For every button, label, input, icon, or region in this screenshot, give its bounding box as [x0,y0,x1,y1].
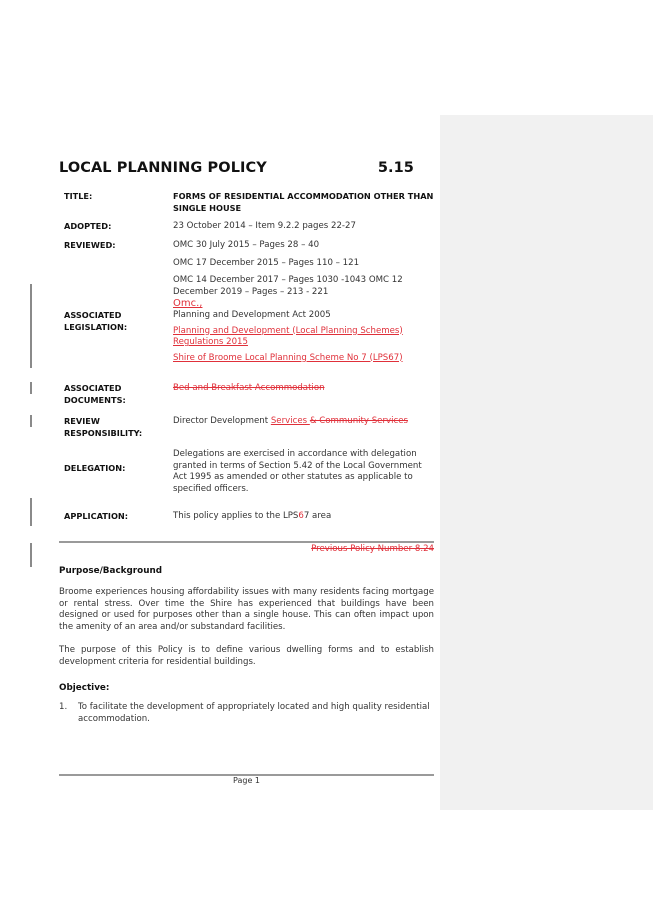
policy-heading: LOCAL PLANNING POLICY [59,160,267,176]
field-label: REVIEW RESPONSIBILITY: [64,416,164,439]
value-text: area [309,511,331,521]
field-label: ASSOCIATED LEGISLATION: [64,310,164,333]
page-number: Page 1 [59,776,434,785]
inserted-text: Shire of Broome Local Planning Scheme No… [173,353,435,365]
purpose-paragraph: Broome experiences housing affordability… [59,587,434,633]
change-bar [30,498,32,526]
value-text: This policy applies to the LPS [173,511,298,521]
change-bar [30,415,32,427]
review-line: OMC 30 July 2015 – Pages 28 – 40 [173,240,435,252]
deleted-text: Bed and Breakfast Accommodation [173,383,435,395]
field-value: FORMS OF RESIDENTIAL ACCOMMODATION OTHER… [173,191,435,214]
inserted-text: Omc., [173,298,435,310]
page-title: LOCAL PLANNING POLICY 5.15 [59,160,414,176]
field-label: TITLE: [64,191,164,203]
field-value: OMC 30 July 2015 – Pages 28 – 40 OMC 17 … [173,240,435,310]
purpose-paragraph: The purpose of this Policy is to define … [59,645,434,668]
field-label: APPLICATION: [64,511,164,523]
review-line: OMC 17 December 2015 – Pages 110 – 121 [173,258,435,270]
change-bar [30,382,32,394]
inserted-text: Planning and Development (Local Planning… [173,326,435,349]
field-label: ASSOCIATED DOCUMENTS: [64,383,164,406]
inserted-text: Services [271,416,310,426]
change-bar [30,543,32,567]
list-text: To facilitate the development of appropr… [78,702,434,725]
deleted-text: & Community Services [310,416,408,426]
list-number: 1. [59,702,67,714]
field-label: DELEGATION: [64,463,164,475]
change-bar [30,284,32,368]
policy-number: 5.15 [378,160,414,176]
field-value: Delegations are exercised in accordance … [173,449,435,495]
objective-heading: Objective: [59,683,109,693]
field-value: 23 October 2014 – Item 9.2.2 pages 22-27 [173,221,435,233]
comment-pane [440,115,653,810]
review-line: OMC 14 December 2017 – Pages 1030 -1043 … [173,275,435,298]
field-value: This policy applies to the LPS67 area [173,511,435,523]
field-label: ADOPTED: [64,221,164,233]
legislation-line: Planning and Development Act 2005 [173,310,435,322]
field-label: REVIEWED: [64,240,164,252]
section-divider [59,541,434,543]
field-value: Director Development Services & Communit… [173,416,435,428]
previous-policy-number: Previous Policy Number 8.24 [311,544,434,554]
value-text: Director Development [173,416,271,426]
field-value: Planning and Development Act 2005 Planni… [173,310,435,364]
purpose-heading: Purpose/Background [59,566,162,576]
